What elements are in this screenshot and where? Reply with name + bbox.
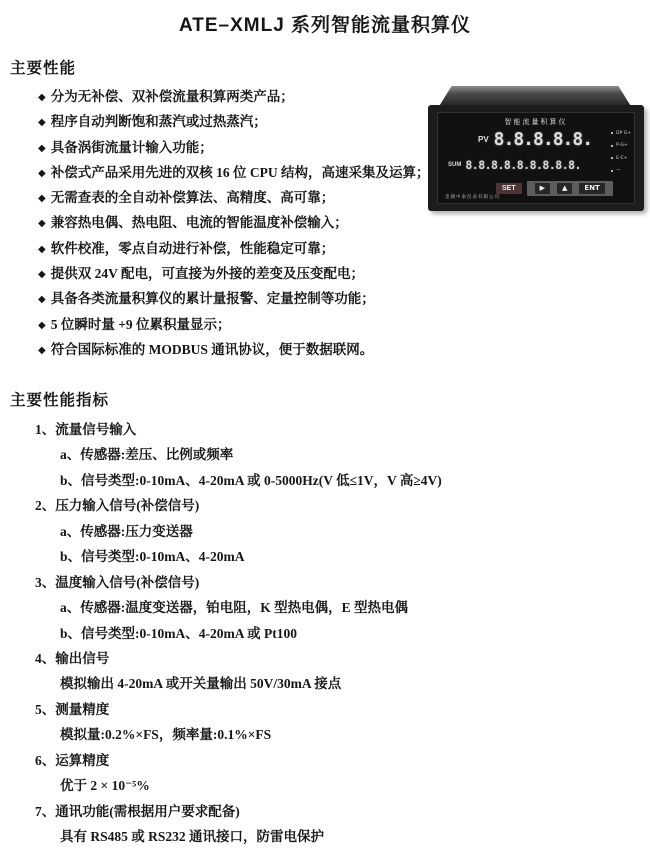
indicator-led-label: E-C+ bbox=[611, 152, 631, 165]
ent-button: ENT bbox=[579, 183, 604, 194]
spec-line: 5、测量精度 bbox=[35, 697, 615, 722]
diamond-bullet-icon: ◆ bbox=[38, 92, 46, 103]
bullet-text: 无需查表的全自动补偿算法、高精度、高可靠； bbox=[51, 190, 335, 205]
key-strip: ▶ ▲ ENT bbox=[527, 181, 613, 196]
diamond-bullet-icon: ◆ bbox=[38, 117, 46, 128]
spec-line: a、传感器:温度变送器，铂电阻，K 型热电偶，E 型热电偶 bbox=[35, 595, 615, 620]
pv-seven-segment-display: 8.8.8.8.8. bbox=[494, 129, 592, 150]
bullet-text: 提供双 24V 配电，可直接为外接的差变及压变配电； bbox=[51, 266, 364, 281]
spec-line: 7、通讯功能(需根据用户要求配备) bbox=[35, 799, 615, 824]
spec-line: b、信号类型:0-10mA、4-20mA 或 Pt100 bbox=[35, 621, 615, 646]
spec-line: b、信号类型:0-10mA、4-20mA bbox=[35, 544, 615, 569]
section-heading-specs: 主要性能指标 bbox=[10, 388, 109, 410]
bullet-text: 5 位瞬时量 +9 位累积量显示； bbox=[51, 317, 231, 332]
spec-line: 6、运算精度 bbox=[35, 748, 615, 773]
bullet-item: ◆软件校准，零点自动进行补偿，性能稳定可靠； bbox=[38, 236, 598, 261]
sum-label: SUM bbox=[448, 162, 461, 168]
device-brand-label: 智能流量积算仪 bbox=[438, 117, 634, 127]
bullet-text: 兼容热电偶、热电阻、电流的智能温度补偿输入； bbox=[51, 215, 348, 230]
up-arrow-button: ▲ bbox=[557, 183, 572, 194]
bullet-item: ◆具备各类流量积算仪的累计量报警、定量控制等功能； bbox=[38, 286, 598, 311]
diamond-bullet-icon: ◆ bbox=[38, 193, 46, 204]
bullet-item: ◆提供双 24V 配电，可直接为外接的差变及压变配电； bbox=[38, 261, 598, 286]
spec-line: a、传感器:压力变送器 bbox=[35, 519, 615, 544]
bullet-text: 补偿式产品采用先进的双核 16 位 CPU 结构，高速采集及运算； bbox=[51, 165, 430, 180]
spec-line: 1、流量信号输入 bbox=[35, 417, 615, 442]
spec-line: 具有 RS485 或 RS232 通讯接口，防雷电保护 bbox=[35, 824, 615, 849]
spec-line: 优于 2 × 10⁻⁵% bbox=[35, 773, 615, 798]
bullet-text: 分为无补偿、双补偿流量积算两类产品； bbox=[51, 89, 294, 104]
page-title: ATE–XMLJ 系列智能流量积算仪 bbox=[0, 10, 650, 37]
diamond-bullet-icon: ◆ bbox=[38, 269, 46, 280]
sum-seven-segment-display: 8.8.8.8.8.8.8.8.8. bbox=[465, 158, 581, 172]
indicator-led-column: DP G+ P-G+ E-C+ — bbox=[611, 127, 631, 177]
indicator-led-label: DP G+ bbox=[611, 127, 631, 140]
bullet-item: ◆5 位瞬时量 +9 位累积量显示； bbox=[38, 312, 598, 337]
bullet-text: 软件校准，零点自动进行补偿，性能稳定可靠； bbox=[51, 241, 335, 256]
device-manufacturer-label: 金湖中泰仪表有限公司 bbox=[445, 194, 500, 200]
device-bezel: 智能流量积算仪 PV 8.8.8.8.8. SUM 8.8.8.8.8.8.8.… bbox=[428, 105, 644, 211]
diamond-bullet-icon: ◆ bbox=[38, 320, 46, 331]
diamond-bullet-icon: ◆ bbox=[38, 218, 46, 229]
spec-line: a、传感器:差压、比例或频率 bbox=[35, 442, 615, 467]
bullet-item: ◆符合国际标准的 MODBUS 通讯协议，便于数据联网。 bbox=[38, 337, 598, 362]
spec-list: 1、流量信号输入 a、传感器:差压、比例或频率 b、信号类型:0-10mA、4-… bbox=[35, 417, 615, 849]
spec-line: 2、压力输入信号(补偿信号) bbox=[35, 493, 615, 518]
pv-label: PV bbox=[478, 135, 489, 144]
right-arrow-button: ▶ bbox=[535, 183, 550, 194]
bullet-text: 符合国际标准的 MODBUS 通讯协议，便于数据联网。 bbox=[51, 342, 374, 357]
indicator-led-label: P-G+ bbox=[611, 140, 631, 153]
device-photo: 智能流量积算仪 PV 8.8.8.8.8. SUM 8.8.8.8.8.8.8.… bbox=[424, 86, 648, 216]
device-front-panel: 智能流量积算仪 PV 8.8.8.8.8. SUM 8.8.8.8.8.8.8.… bbox=[437, 112, 635, 204]
diamond-bullet-icon: ◆ bbox=[38, 143, 46, 154]
sum-display-row: SUM 8.8.8.8.8.8.8.8.8. bbox=[448, 158, 581, 172]
section-heading-performance: 主要性能 bbox=[10, 56, 76, 78]
pv-display-row: PV 8.8.8.8.8. bbox=[478, 129, 592, 150]
bullet-text: 具备各类流量积算仪的累计量报警、定量控制等功能； bbox=[51, 291, 375, 306]
spec-line: 模拟输出 4-20mA 或开关量输出 50V/30mA 接点 bbox=[35, 671, 615, 696]
diamond-bullet-icon: ◆ bbox=[38, 345, 46, 356]
diamond-bullet-icon: ◆ bbox=[38, 244, 46, 255]
bullet-text: 具备涡街流量计输入功能； bbox=[51, 140, 213, 155]
set-button: SET bbox=[496, 183, 522, 194]
spec-line: 3、温度输入信号(补偿信号) bbox=[35, 570, 615, 595]
spec-line: 模拟量:0.2%×FS，频率量:0.1%×FS bbox=[35, 722, 615, 747]
diamond-bullet-icon: ◆ bbox=[38, 168, 46, 179]
indicator-led-label: — bbox=[611, 165, 631, 178]
diamond-bullet-icon: ◆ bbox=[38, 294, 46, 305]
spec-line: 4、输出信号 bbox=[35, 646, 615, 671]
spec-line: b、信号类型:0-10mA、4-20mA 或 0-5000Hz(V 低≤1V，V… bbox=[35, 468, 615, 493]
device-button-row: SET ▶ ▲ ENT bbox=[496, 181, 613, 196]
bullet-text: 程序自动判断饱和蒸汽或过热蒸汽； bbox=[51, 114, 267, 129]
